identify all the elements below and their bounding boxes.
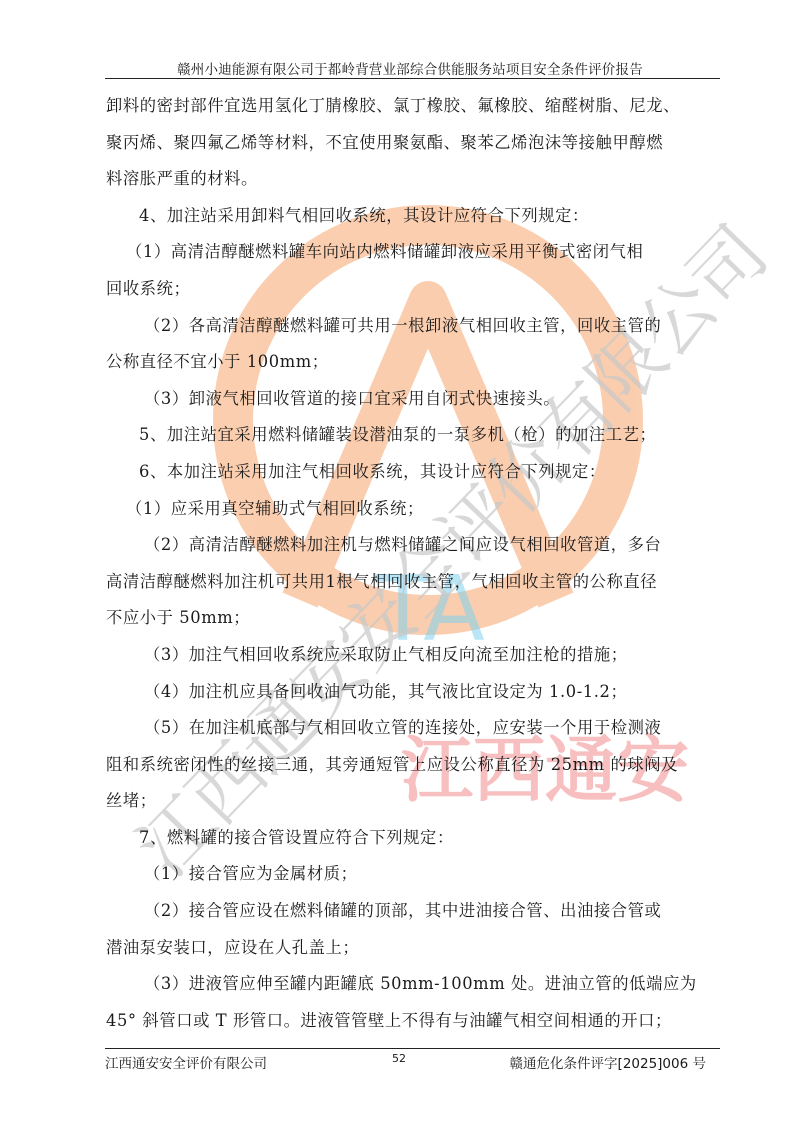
document-footer: 江西通安安全评价有限公司 52 赣通危化条件评字[2025]006 号 <box>105 1052 720 1070</box>
header-divider <box>105 78 720 79</box>
footer-report-number: 赣通危化条件评字[2025]006 号 <box>510 1052 706 1072</box>
paragraph-line: 45° 斜管口或 T 形管口。进液管管壁上不得有与油罐气相空间相通的开口； <box>106 1003 718 1040</box>
paragraph-line: 丝堵； <box>106 783 718 820</box>
paragraph-line: （1）高清洁醇醚燃料罐车向站内燃料储罐卸液应采用平衡式密闭气相 <box>106 234 718 271</box>
paragraph-line: （3）加注气相回收系统应采取防止气相反向流至加注枪的措施； <box>106 637 718 674</box>
paragraph-line: 卸料的密封部件宜选用氢化丁腈橡胶、氯丁橡胶、氟橡胶、缩醛树脂、尼龙、 <box>106 88 718 125</box>
document-body: 卸料的密封部件宜选用氢化丁腈橡胶、氯丁橡胶、氟橡胶、缩醛树脂、尼龙、聚丙烯、聚四… <box>106 88 718 1039</box>
paragraph-line: 6、本加注站采用加注气相回收系统，其设计应符合下列规定： <box>106 454 718 491</box>
footer-divider <box>105 1048 720 1049</box>
paragraph-line: 公称直径不宜小于 100mm； <box>106 344 718 381</box>
paragraph-line: （5）在加注机底部与气相回收立管的连接处，应安装一个用于检测液 <box>106 710 718 747</box>
paragraph-line: （2）高清洁醇醚燃料加注机与燃料储罐之间应设气相回收管道，多台 <box>106 527 718 564</box>
paragraph-line: （2）接合管应设在燃料储罐的顶部，其中进油接合管、出油接合管或 <box>106 893 718 930</box>
document-header-title: 赣州小迪能源有限公司于都岭背营业部综合供能服务站项目安全条件评价报告 <box>100 58 720 78</box>
paragraph-line: 阻和系统密闭性的丝接三通，其旁通短管上应设公称直径为 25mm 的球阀及 <box>106 747 718 784</box>
footer-page-number: 52 <box>392 1052 406 1065</box>
paragraph-line: 5、加注站宜采用燃料储罐装设潜油泵的一泵多机（枪）的加注工艺； <box>106 417 718 454</box>
paragraph-line: （1）接合管应为金属材质； <box>106 856 718 893</box>
paragraph-line: 4、加注站采用卸料气相回收系统，其设计应符合下列规定： <box>106 198 718 235</box>
paragraph-line: 潜油泵安装口，应设在人孔盖上； <box>106 930 718 967</box>
paragraph-line: 聚丙烯、聚四氟乙烯等材料，不宜使用聚氨酯、聚苯乙烯泡沫等接触甲醇燃 <box>106 125 718 162</box>
paragraph-line: 不应小于 50mm； <box>106 600 718 637</box>
paragraph-line: 7、燃料罐的接合管设置应符合下列规定： <box>106 820 718 857</box>
paragraph-line: （4）加注机应具备回收油气功能，其气液比宜设定为 1.0-1.2； <box>106 674 718 711</box>
footer-company: 江西通安安全评价有限公司 <box>105 1052 267 1072</box>
paragraph-line: 高清洁醇醚燃料加注机可共用1根气相回收主管，气相回收主管的公称直径 <box>106 564 718 601</box>
paragraph-line: （2）各高清洁醇醚燃料罐可共用一根卸液气相回收主管，回收主管的 <box>106 308 718 345</box>
paragraph-line: （3）卸液气相回收管道的接口宜采用自闭式快速接头。 <box>106 381 718 418</box>
paragraph-line: 回收系统； <box>106 271 718 308</box>
paragraph-line: 料溶胀严重的材料。 <box>106 161 718 198</box>
paragraph-line: （1）应采用真空辅助式气相回收系统； <box>106 491 718 528</box>
paragraph-line: （3）进液管应伸至罐内距罐底 50mm-100mm 处。进油立管的低端应为 <box>106 966 718 1003</box>
